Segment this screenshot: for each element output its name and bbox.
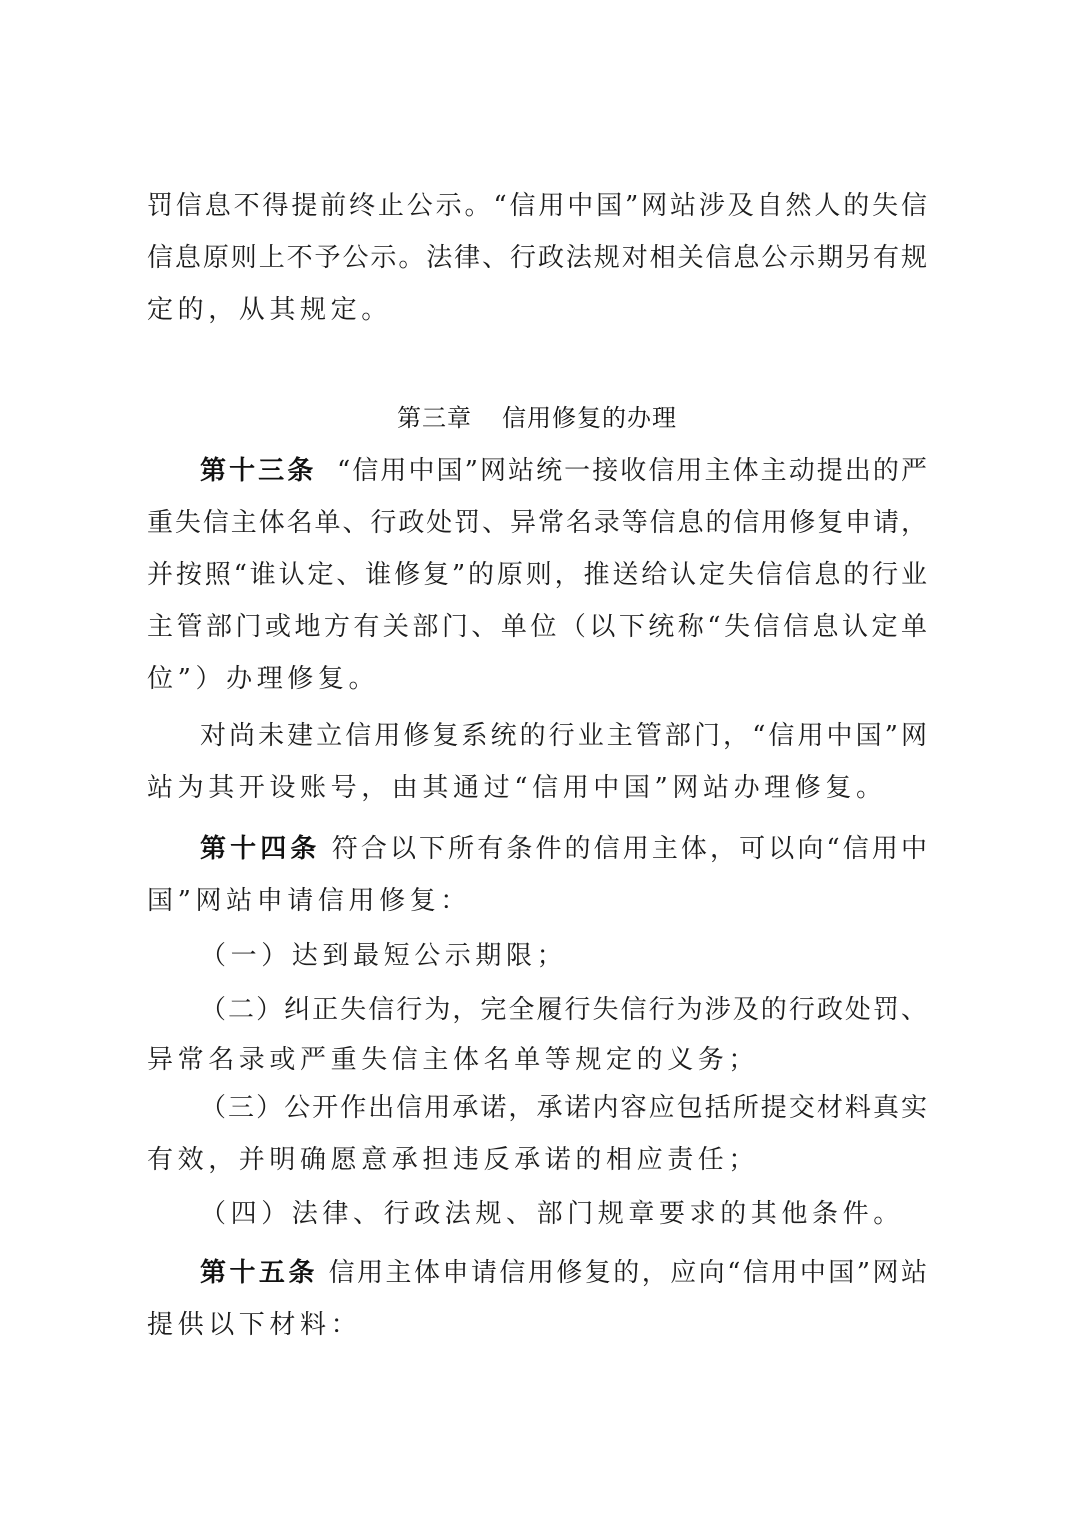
text-line: 信息原则上不予公示。法律、行政法规对相关信息公示期另有规: [147, 238, 927, 278]
chapter-title: 信用修复的办理: [502, 404, 677, 432]
text-line: 有效，并明确愿意承担违反承诺的相应责任；: [147, 1140, 927, 1180]
text-line: 主管部门或地方有关部门、单位（以下统称“失信信息认定单: [147, 607, 927, 647]
text-line: 定的，从其规定。: [147, 290, 927, 330]
article-label: 第十五条: [200, 1258, 318, 1288]
list-item: （二）纠正失信行为，完全履行失信行为涉及的行政处罚、: [200, 990, 927, 1030]
article-text: “信用中国”网站统一接收信用主体主动提出的严: [337, 456, 927, 486]
list-item: （三）公开作出信用承诺，承诺内容应包括所提交材料真实: [200, 1088, 927, 1128]
text-line: 罚信息不得提前终止公示。“信用中国”网站涉及自然人的失信: [147, 186, 927, 226]
text-line: 对尚未建立信用修复系统的行业主管部门，“信用中国”网: [200, 716, 927, 756]
article-label: 第十三条: [200, 456, 316, 486]
list-item: （四）法律、行政法规、部门规章要求的其他条件。: [200, 1194, 927, 1234]
document-page: 罚信息不得提前终止公示。“信用中国”网站涉及自然人的失信 信息原则上不予公示。法…: [0, 0, 1074, 1520]
list-item: （一）达到最短公示期限；: [200, 936, 927, 976]
text-line: 国”网站申请信用修复：: [147, 881, 927, 921]
article-text: 信用主体申请信用修复的，应向“信用中国”网站: [329, 1258, 927, 1288]
article-13-first-line: 第十三条 “信用中国”网站统一接收信用主体主动提出的严: [200, 451, 927, 491]
text-line: 提供以下材料：: [147, 1305, 927, 1345]
chapter-number: 第三章: [397, 404, 472, 432]
chapter-heading: 第三章信用修复的办理: [0, 398, 1074, 438]
article-label: 第十四条: [200, 834, 320, 864]
text-line: 位”）办理修复。: [147, 659, 927, 699]
text-line: 重失信主体名单、行政处罚、异常名录等信息的信用修复申请，: [147, 503, 927, 543]
text-line: 异常名录或严重失信主体名单等规定的义务；: [147, 1040, 927, 1080]
text-line: 并按照“谁认定、谁修复”的原则，推送给认定失信信息的行业: [147, 555, 927, 595]
text-line: 站为其开设账号，由其通过“信用中国”网站办理修复。: [147, 768, 927, 808]
article-14-first-line: 第十四条 符合以下所有条件的信用主体，可以向“信用中: [200, 829, 927, 869]
article-15-first-line: 第十五条 信用主体申请信用修复的，应向“信用中国”网站: [200, 1253, 927, 1293]
article-text: 符合以下所有条件的信用主体，可以向“信用中: [332, 834, 927, 864]
